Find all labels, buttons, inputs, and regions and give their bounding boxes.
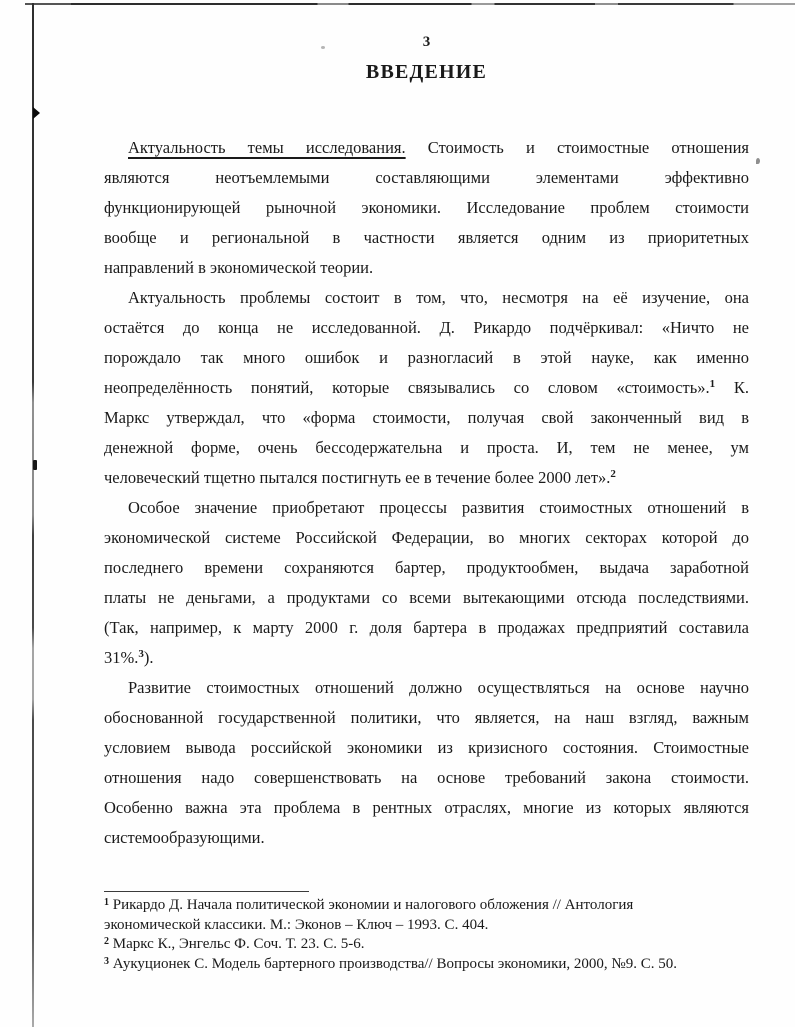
text-line: Особое значение приобретают процессы раз… — [104, 493, 749, 523]
text-line: остаётся до конца не исследованной. Д. Р… — [104, 313, 749, 343]
text-run: Особое значение приобретают процессы раз… — [128, 498, 749, 517]
text-run: ). — [144, 648, 154, 667]
text-line: экономической системе Российской Федерац… — [104, 523, 749, 553]
text-line: неопределённость понятий, которые связыв… — [104, 373, 749, 403]
text-line: направлений в экономической теории. — [104, 253, 749, 283]
footnote: 1 Рикардо Д. Начала политической экономи… — [104, 896, 749, 916]
footnote-marker: 3 — [104, 956, 109, 967]
page-content: 3 ВВЕДЕНИЕ Актуальность темы исследовани… — [104, 0, 749, 974]
footnote-continuation: экономической классики. М.: Эконов – Клю… — [104, 916, 749, 936]
text-run: направлений в экономической теории. — [104, 258, 373, 277]
text-run: платы не деньгами, а продуктами со всеми… — [104, 588, 749, 607]
text-run: системообразующими. — [104, 828, 265, 847]
text-run: человеческий тщетно пытался постигнуть е… — [104, 468, 610, 487]
text-line: условием вывода российской экономики из … — [104, 733, 749, 763]
underlined-phrase: Актуальность темы исследования. — [128, 138, 406, 157]
text-run: Развитие стоимостных отношений должно ос… — [128, 678, 749, 697]
text-run: условием вывода российской экономики из … — [104, 738, 749, 757]
text-line: последнего времени сохраняются бартер, п… — [104, 553, 749, 583]
text-run: К. — [715, 378, 749, 397]
footnotes: 1 Рикардо Д. Начала политической экономи… — [104, 896, 749, 974]
text-run: Актуальность проблемы состоит в том, что… — [128, 288, 749, 307]
text-run: остаётся до конца не исследованной. Д. Р… — [104, 318, 749, 337]
text-run: отношения надо совершенствовать на основ… — [104, 768, 749, 787]
document-page: 3 ВВЕДЕНИЕ Актуальность темы исследовани… — [0, 0, 795, 1027]
text-line: Актуальность проблемы состоит в том, что… — [104, 283, 749, 313]
text-line: являются неотъемлемыми составляющими эле… — [104, 163, 749, 193]
text-line: порождало так много ошибок и разногласий… — [104, 343, 749, 373]
text-line: денежной форме, очень бессодержательна и… — [104, 433, 749, 463]
text-line: Актуальность темы исследования. Стоимост… — [104, 133, 749, 163]
text-run: порождало так много ошибок и разногласий… — [104, 348, 749, 367]
scan-border-left — [32, 3, 34, 1027]
text-line: 31%.3). — [104, 643, 749, 673]
text-run: экономической системе Российской Федерац… — [104, 528, 749, 547]
scan-artifact-triangle — [33, 107, 40, 119]
text-run: функционирующей рыночной экономики. Иссл… — [104, 198, 749, 217]
page-number: 3 — [104, 34, 749, 52]
text-line: вообще и региональной в частности являет… — [104, 223, 749, 253]
text-run: (Так, например, к марту 2000 г. доля бар… — [104, 618, 749, 637]
body-text: Актуальность темы исследования. Стоимост… — [104, 133, 749, 853]
text-line: функционирующей рыночной экономики. Иссл… — [104, 193, 749, 223]
footnote: 2 Маркс К., Энгельс Ф. Соч. Т. 23. С. 5-… — [104, 935, 749, 955]
text-line: Маркс утверждал, что «форма стоимости, п… — [104, 403, 749, 433]
text-line: обоснованной государственной политики, ч… — [104, 703, 749, 733]
footnote-marker: 1 — [104, 897, 109, 908]
text-run: Маркс утверждал, что «форма стоимости, п… — [104, 408, 749, 427]
text-line: системообразующими. — [104, 823, 749, 853]
text-run: вообще и региональной в частности являет… — [104, 228, 749, 247]
text-run: денежной форме, очень бессодержательна и… — [104, 438, 749, 457]
text-run: обоснованной государственной политики, ч… — [104, 708, 749, 727]
text-run: 31%. — [104, 648, 138, 667]
footnote-ref: 2 — [610, 468, 616, 480]
text-line: (Так, например, к марту 2000 г. доля бар… — [104, 613, 749, 643]
scan-artifact-notch — [33, 460, 37, 470]
text-run: Стоимость и стоимостные отношения — [406, 138, 749, 157]
text-line: человеческий тщетно пытался постигнуть е… — [104, 463, 749, 493]
text-line: отношения надо совершенствовать на основ… — [104, 763, 749, 793]
text-run: являются неотъемлемыми составляющими эле… — [104, 168, 749, 187]
text-line: Развитие стоимостных отношений должно ос… — [104, 673, 749, 703]
text-line: Особенно важна эта проблема в рентных от… — [104, 793, 749, 823]
footnote: 3 Аукуционек С. Модель бартерного произв… — [104, 955, 749, 975]
footnote-marker: 2 — [104, 936, 109, 947]
footnote-separator — [104, 891, 309, 892]
text-run: Особенно важна эта проблема в рентных от… — [104, 798, 749, 817]
text-line: платы не деньгами, а продуктами со всеми… — [104, 583, 749, 613]
chapter-title: ВВЕДЕНИЕ — [104, 61, 749, 85]
scan-speck — [756, 158, 760, 164]
text-run: неопределённость понятий, которые связыв… — [104, 378, 710, 397]
text-run: последнего времени сохраняются бартер, п… — [104, 558, 749, 577]
